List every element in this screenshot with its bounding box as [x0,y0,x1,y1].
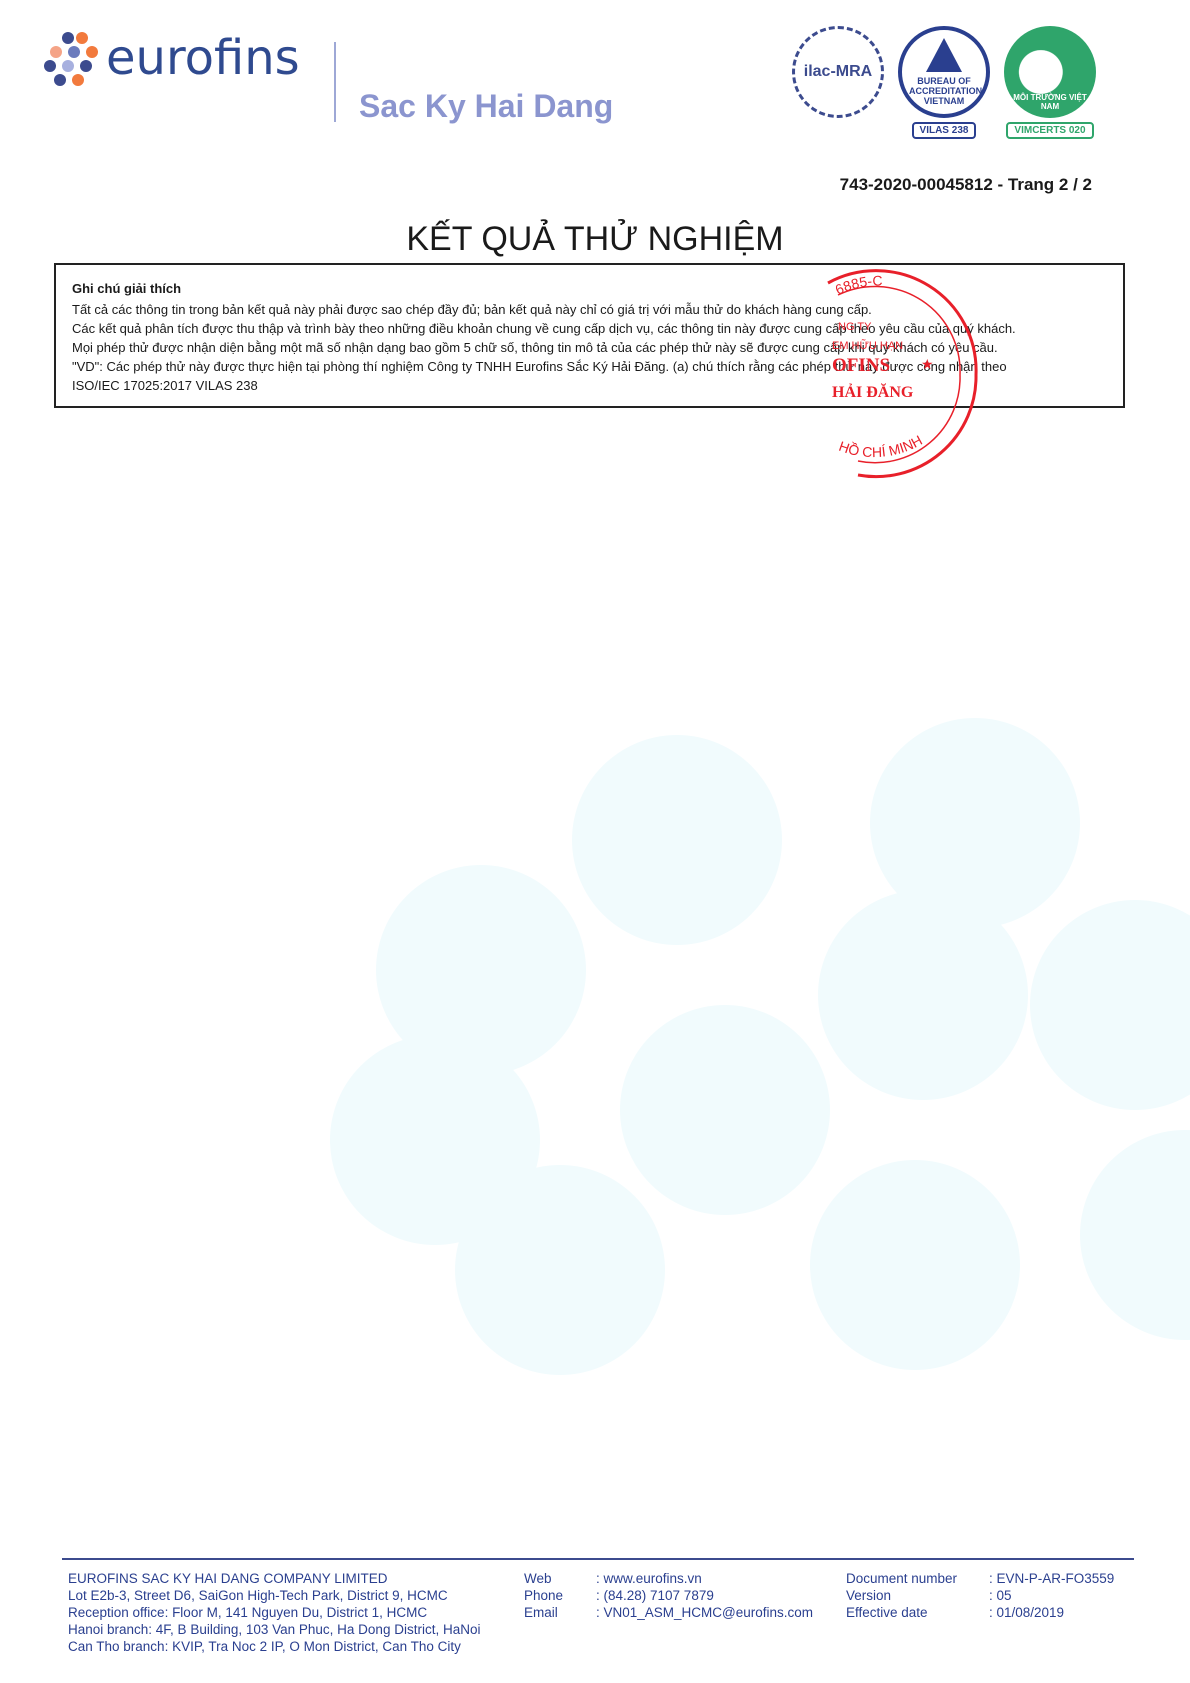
address-line: Hanoi branch: 4F, B Building, 103 Van Ph… [68,1621,480,1638]
footer-contacts: Web: www.eurofins.vn Phone: (84.28) 7107… [524,1570,813,1621]
watermark-circle [1080,1130,1190,1340]
vimcerts-badge: MÔI TRƯỜNG VIỆT NAM VIMCERTS 020 [1004,26,1096,139]
phone-value: : (84.28) 7107 7879 [596,1587,714,1604]
watermark-circle [572,735,782,945]
boa-badge: BUREAU OF ACCREDITATION VIETNAM VILAS 23… [898,26,990,139]
note-line: "VD": Các phép thử này được thực hiện tạ… [72,357,1107,376]
footer-divider [62,1558,1134,1560]
document-reference: 743-2020-00045812 - Trang 2 / 2 [840,175,1092,195]
notes-title: Ghi chú giải thích [72,281,1107,296]
vimcerts-label: VIMCERTS 020 [1006,122,1093,139]
note-line: Các kết quả phân tích được thu thập và t… [72,319,1107,338]
address-line: Lot E2b-3, Street D6, SaiGon High-Tech P… [68,1587,480,1604]
email-link[interactable]: : VN01_ASM_HCMC@eurofins.com [596,1604,813,1621]
effective-date-label: Effective date [846,1604,989,1621]
footer-document-info: Document number: EVN-P-AR-FO3559 Version… [846,1570,1114,1621]
company-name: EUROFINS SAC KY HAI DANG COMPANY LIMITED [68,1570,480,1587]
document-number-value: : EVN-P-AR-FO3559 [989,1570,1114,1587]
moi-truong-viet-nam-icon: MÔI TRƯỜNG VIỆT NAM [1004,26,1096,118]
version-value: : 05 [989,1587,1012,1604]
watermark-circle [818,890,1028,1100]
note-line: Tất cả các thông tin trong bản kết quả n… [72,300,1107,319]
footer-company-info: EUROFINS SAC KY HAI DANG COMPANY LIMITED… [68,1570,480,1655]
accreditation-badges: ilac-MRA BUREAU OF ACCREDITATION VIETNAM… [792,26,1096,139]
explanatory-notes: Ghi chú giải thích Tất cả các thông tin … [54,263,1125,408]
effective-date-value: : 01/08/2019 [989,1604,1064,1621]
ilac-mra-icon: ilac-MRA [792,26,884,118]
sub-brand-name: Sac Ky Hai Dang [359,88,613,125]
logo-divider [334,42,336,122]
phone-label: Phone [524,1587,596,1604]
web-label: Web [524,1570,596,1587]
address-line: Reception office: Floor M, 141 Nguyen Du… [68,1604,480,1621]
watermark-circle [455,1165,665,1375]
eurofins-dots-icon [44,30,102,86]
web-link[interactable]: : www.eurofins.vn [596,1570,702,1587]
document-number-label: Document number [846,1570,989,1587]
brand-name: eurofins [106,34,300,82]
watermark-circle [810,1160,1020,1370]
address-line: Can Tho branch: KVIP, Tra Noc 2 IP, O Mo… [68,1638,480,1655]
email-label: Email [524,1604,596,1621]
eurofins-logo: eurofins [44,30,300,86]
watermark-circle [620,1005,830,1215]
page-title: KẾT QUẢ THỬ NGHIỆM [0,220,1190,259]
svg-text:HỒ CHÍ MINH: HỒ CHÍ MINH [837,432,925,460]
note-line: ISO/IEC 17025:2017 VILAS 238 [72,376,1107,395]
version-label: Version [846,1587,989,1604]
note-line: Mọi phép thử được nhận diện bằng một mã … [72,338,1107,357]
bureau-of-accreditation-icon: BUREAU OF ACCREDITATION VIETNAM [898,26,990,118]
vilas-label: VILAS 238 [912,122,977,139]
watermark-circle [1030,900,1190,1110]
ilac-badge: ilac-MRA [792,26,884,139]
